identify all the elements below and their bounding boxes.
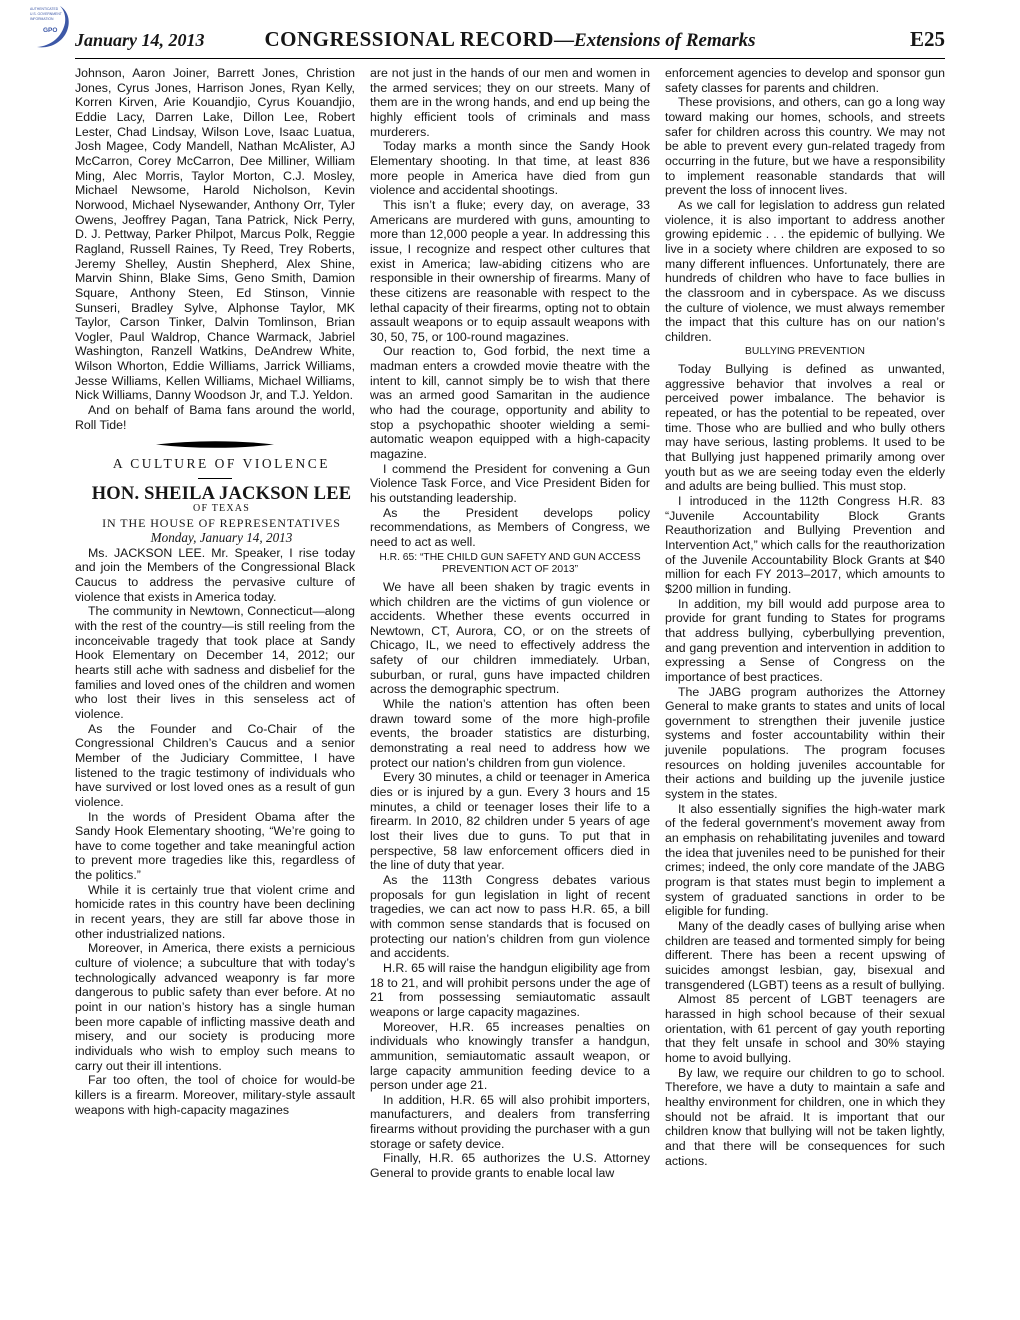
seal-line-3: INFORMATION: [30, 17, 54, 21]
paragraph: are not just in the hands of our men and…: [370, 66, 650, 139]
paragraph: In addition, my bill would add purpose a…: [665, 597, 945, 685]
paragraph: Every 30 minutes, a child or teenager in…: [370, 770, 650, 873]
paragraph: In the words of President Obama after th…: [75, 810, 355, 883]
column-3-part-b: Today Bullying is defined as unwanted, a…: [665, 362, 945, 1168]
paragraph: These provisions, and others, can go a l…: [665, 95, 945, 198]
column-1-speech: Ms. JACKSON LEE. Mr. Speaker, I rise tod…: [75, 546, 355, 1118]
seal-line-2: U.S. GOVERNMENT: [30, 12, 62, 16]
paragraph: Moreover, H.R. 65 increases penalties on…: [370, 1020, 650, 1093]
column-3-part-a: enforcement agencies to develop and spon…: [665, 66, 945, 344]
seal-abbr: GPO: [43, 27, 57, 34]
column-2-part-a: are not just in the hands of our men and…: [370, 66, 650, 550]
paragraph: enforcement agencies to develop and spon…: [665, 66, 945, 95]
paragraph: As the Founder and Co-Chair of the Congr…: [75, 722, 355, 810]
paragraph: Ms. JACKSON LEE. Mr. Speaker, I rise tod…: [75, 546, 355, 605]
paragraph: While the nation’s attention has often b…: [370, 697, 650, 770]
congressional-record-page: AUTHENTICATED U.S. GOVERNMENT INFORMATIO…: [0, 0, 1020, 1320]
paragraph: As the 113th Congress debates various pr…: [370, 873, 650, 961]
paragraph: By law, we require our children to go to…: [665, 1066, 945, 1169]
column-1-top: Johnson, Aaron Joiner, Barrett Jones, Ch…: [75, 66, 355, 432]
column-3: enforcement agencies to develop and spon…: [665, 66, 945, 1181]
paragraph: Many of the deadly cases of bullying ari…: [665, 919, 945, 992]
gpo-authentication-seal-icon: AUTHENTICATED U.S. GOVERNMENT INFORMATIO…: [27, 3, 81, 53]
page-number: E25: [910, 27, 945, 52]
section-title: A CULTURE OF VIOLENCE: [75, 457, 355, 472]
column-1: Johnson, Aaron Joiner, Barrett Jones, Ch…: [75, 66, 355, 1181]
paragraph: Moreover, in America, there exists a per…: [75, 941, 355, 1073]
paragraph: Almost 85 percent of LGBT teenagers are …: [665, 992, 945, 1065]
record-title-sub: Extensions of Remarks: [574, 30, 756, 51]
paragraph: We have all been shaken by tragic events…: [370, 580, 650, 697]
paragraph: Finally, H.R. 65 authorizes the U.S. Att…: [370, 1151, 650, 1180]
paragraph: As we call for legislation to address gu…: [665, 198, 945, 345]
column-2: are not just in the hands of our men and…: [370, 66, 650, 1181]
masthead: January 14, 2013 CONGRESSIONAL RECORD—Ex…: [75, 22, 945, 59]
speaker-name: HON. SHEILA JACKSON LEE: [75, 487, 355, 502]
title-rule: [198, 478, 232, 479]
column-2-part-b: We have all been shaken by tragic events…: [370, 580, 650, 1181]
chamber-line: IN THE HOUSE OF REPRESENTATIVES: [75, 516, 355, 531]
paragraph: H.R. 65 will raise the handgun eligibili…: [370, 961, 650, 1020]
record-title: CONGRESSIONAL RECORD—Extensions of Remar…: [75, 27, 945, 52]
bullying-prevention-subhead: BULLYING PREVENTION: [671, 346, 939, 359]
text-columns: Johnson, Aaron Joiner, Barrett Jones, Ch…: [75, 66, 945, 1181]
paragraph: The JABG program authorizes the Attorney…: [665, 685, 945, 802]
paragraph: As the President develops policy recomme…: [370, 506, 650, 550]
paragraph: Our reaction to, God forbid, the next ti…: [370, 344, 650, 461]
paragraph: Far too often, the tool of choice for wo…: [75, 1073, 355, 1117]
paragraph: I introduced in the 112th Congress H.R. …: [665, 494, 945, 597]
paragraph: I commend the President for convening a …: [370, 462, 650, 506]
paragraph: It also essentially signifies the high-w…: [665, 802, 945, 919]
paragraph: This isn’t a fluke; every day, on averag…: [370, 198, 650, 345]
paragraph: While it is certainly true that violent …: [75, 883, 355, 942]
paragraph: Today marks a month since the Sandy Hook…: [370, 139, 650, 198]
seal-line-1: AUTHENTICATED: [30, 7, 59, 11]
paragraph: The community in Newtown, Connecticut—al…: [75, 604, 355, 721]
paragraph: Johnson, Aaron Joiner, Barrett Jones, Ch…: [75, 66, 355, 403]
record-title-dash: —: [554, 29, 574, 51]
paragraph: In addition, H.R. 65 will also prohibit …: [370, 1093, 650, 1152]
bill-subhead: H.R. 65: “THE CHILD GUN SAFETY AND GUN A…: [376, 552, 644, 577]
section-divider-icon: [156, 441, 274, 448]
sitting-date: Monday, January 14, 2013: [75, 531, 355, 546]
paragraph: And on behalf of Bama fans around the wo…: [75, 403, 355, 432]
paragraph: Today Bullying is defined as unwanted, a…: [665, 362, 945, 494]
record-title-main: CONGRESSIONAL RECORD: [264, 27, 553, 51]
